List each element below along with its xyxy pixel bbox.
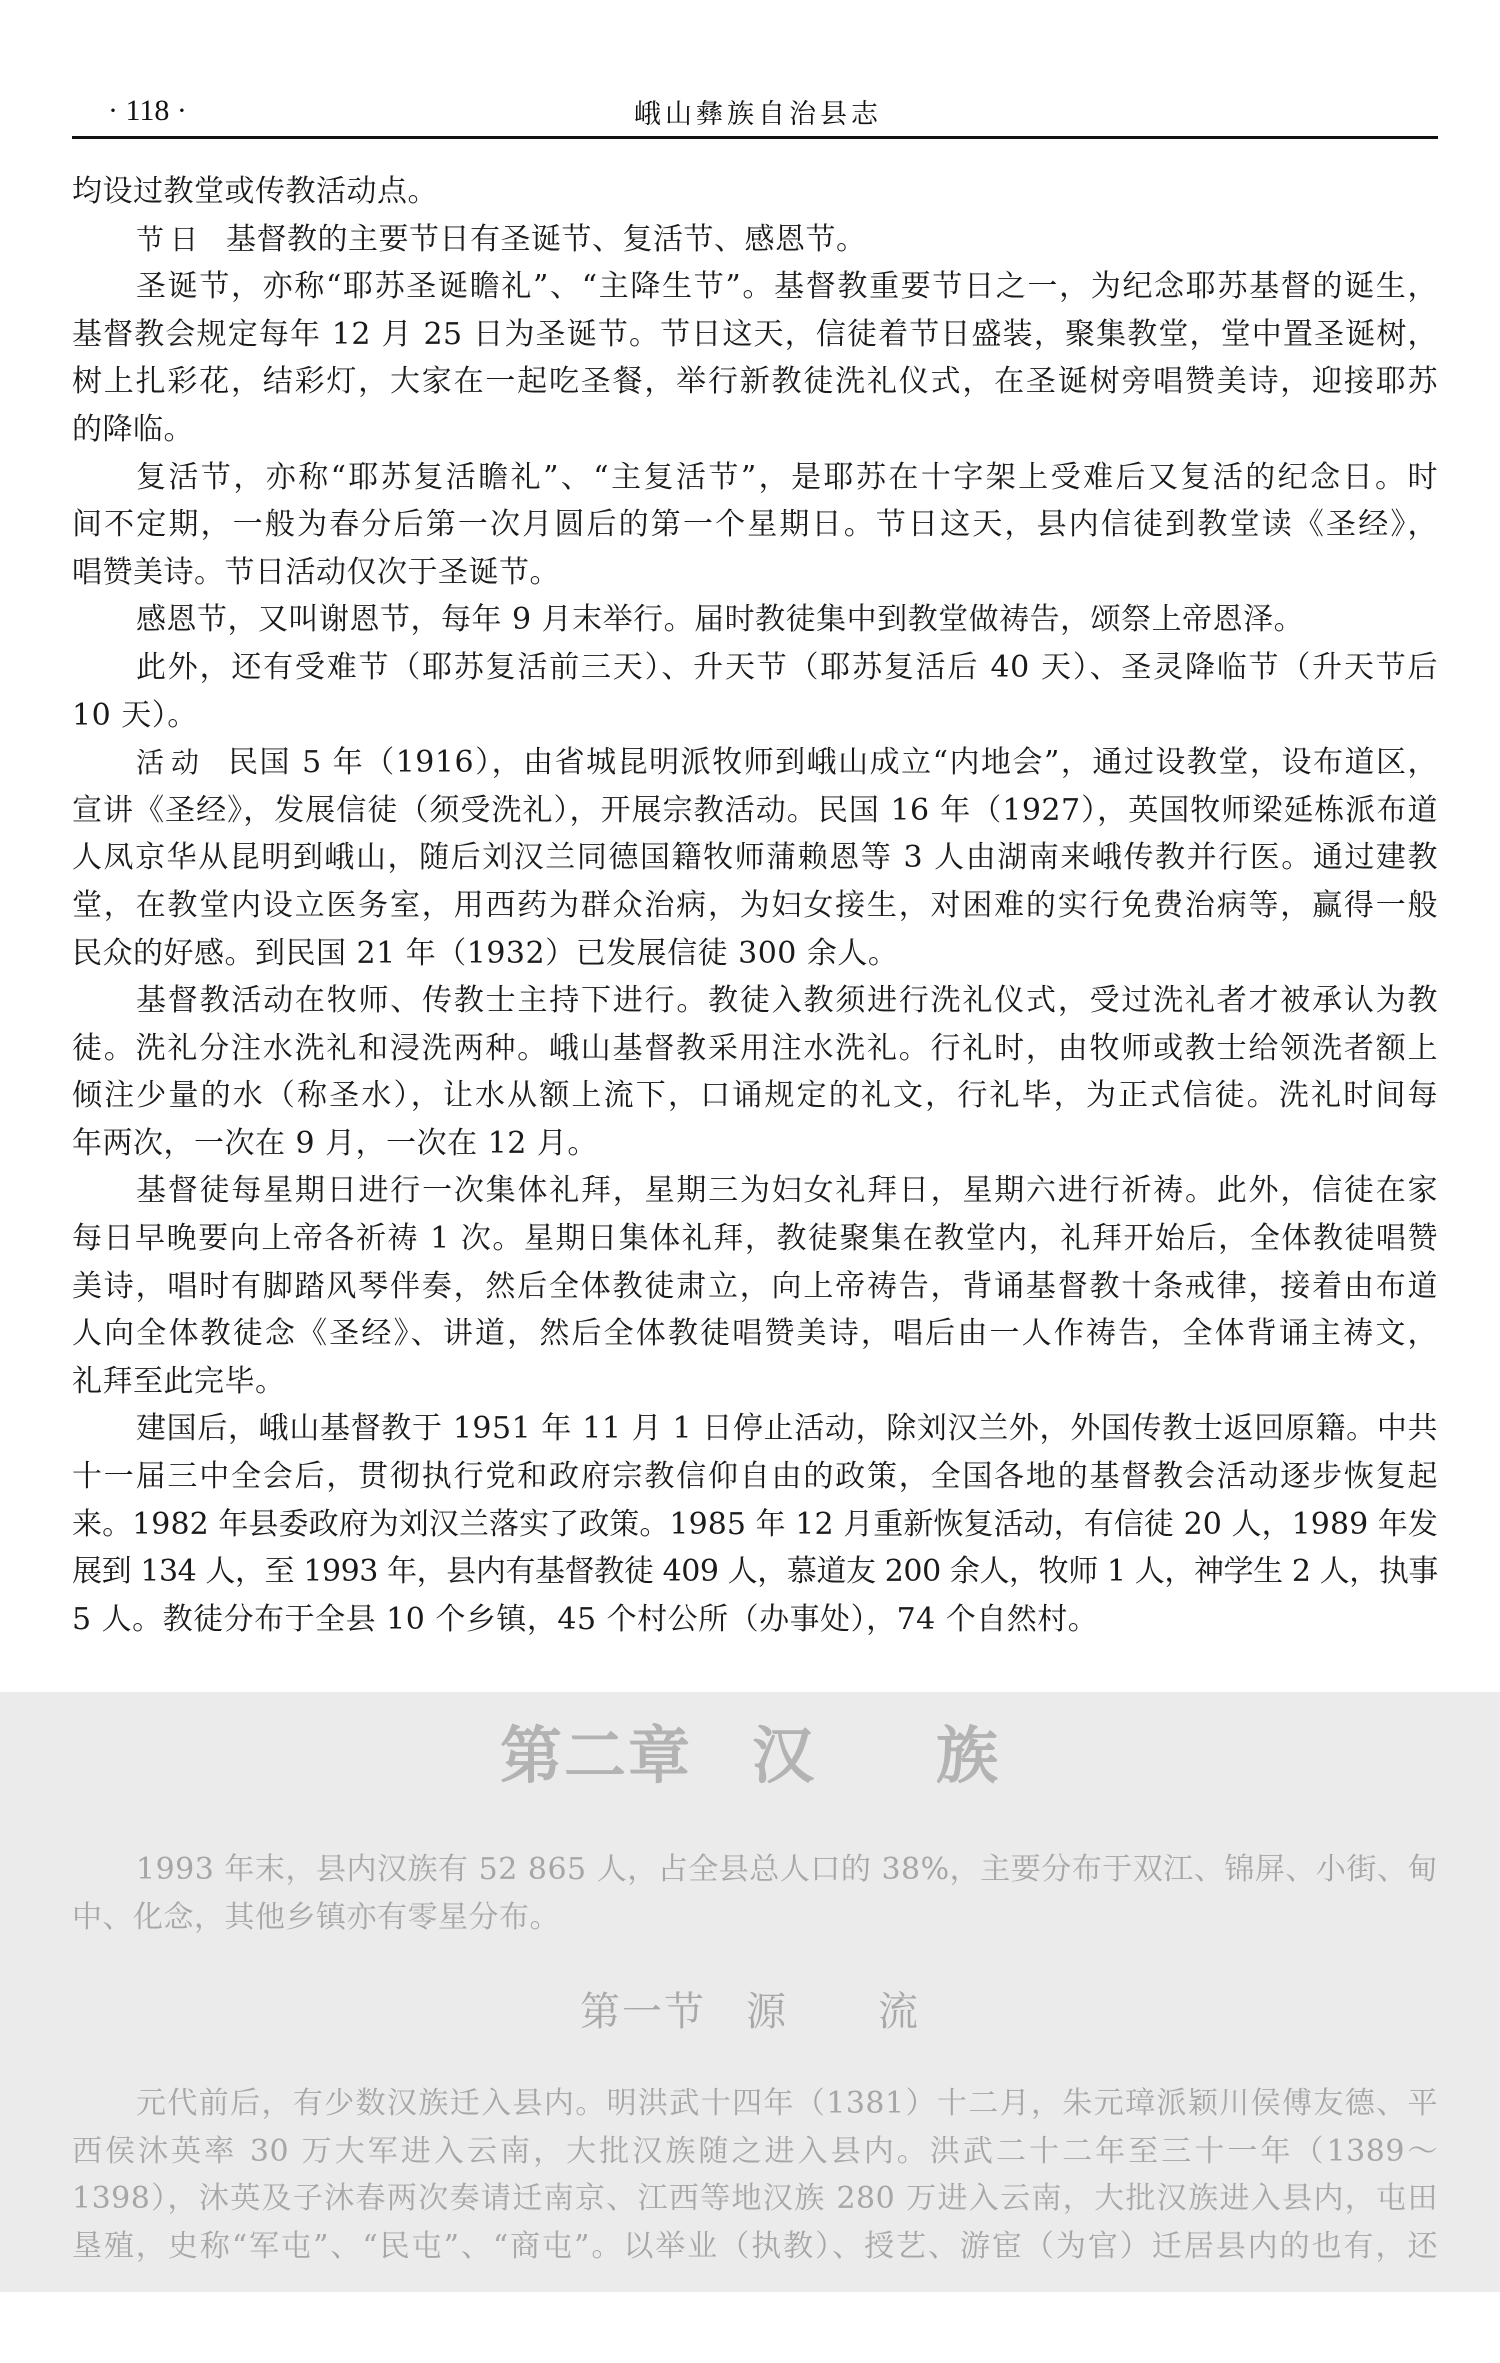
text-line: 复活节，亦称“耶苏复活瞻礼”、“主复活节”，是耶苏在十字架上受难后又复活的纪念日… xyxy=(72,454,1438,502)
section-name-1: 源 xyxy=(746,1989,788,2035)
text-line: 1993 年末，县内汉族有 52 865 人，占全县总人口的 38%，主要分布于… xyxy=(72,1846,1438,1894)
text-line: 10 天）。 xyxy=(72,692,1438,740)
header-rule xyxy=(72,136,1438,139)
text-line: 来。1982 年县委政府为刘汉兰落实了政策。1985 年 12 月重新恢复活动，… xyxy=(72,1501,1438,1549)
text-line: 圣诞节，亦称“耶苏圣诞瞻礼”、“主降生节”。基督教重要节日之一，为纪念耶苏基督的… xyxy=(72,263,1438,311)
text-line: 间不定期，一般为春分后第一次月圆后的第一个星期日。节日这天，县内信徒到教堂读《圣… xyxy=(72,501,1438,549)
page-number: · 118 · xyxy=(108,94,187,128)
text-line: 感恩节，又叫谢恩节，每年 9 月末举行。届时教徒集中到教堂做祷告，颂祭上帝恩泽。 xyxy=(72,596,1438,644)
line-text: 西侯沐英率 30 万大军进入云南，大批汉族随之进入县内。洪武二十二年至三十一年（… xyxy=(72,2134,1438,2169)
text-line: 元代前后，有少数汉族迁入县内。明洪武十四年（1381）十二月，朱元璋派颖川侯傅友… xyxy=(72,2080,1438,2128)
line-text: 树上扎彩花，结彩灯，大家在一起吃圣餐，举行新教徒洗礼仪式，在圣诞树旁唱赞美诗，迎… xyxy=(72,364,1438,399)
line-text: 倾注少量的水（称圣水），让水从额上流下，口诵规定的礼文，行礼毕，为正式信徒。洗礼… xyxy=(72,1078,1438,1113)
section-label: 节日 xyxy=(136,223,204,256)
line-text: 1398），沐英及子沐春两次奏请迁南京、江西等地汉族 280 万进入云南，大批汉… xyxy=(72,2181,1438,2216)
text-line: 基督徒每星期日进行一次集体礼拜，星期三为妇女礼拜日，星期六进行祈祷。此外，信徒在… xyxy=(72,1167,1438,1215)
text-line: 西侯沐英率 30 万大军进入云南，大批汉族随之进入县内。洪武二十二年至三十一年（… xyxy=(72,2128,1438,2176)
text-line: 均设过教堂或传教活动点。 xyxy=(72,168,1438,216)
text-line: 展到 134 人，至 1993 年，县内有基督教徒 409 人，慕道友 200 … xyxy=(72,1548,1438,1596)
line-text: 复活节，亦称“耶苏复活瞻礼”、“主复活节”，是耶苏在十字架上受难后又复活的纪念日… xyxy=(136,460,1438,495)
line-text: 元代前后，有少数汉族迁入县内。明洪武十四年（1381）十二月，朱元璋派颖川侯傅友… xyxy=(136,2086,1438,2121)
text-line: 徒。洗礼分注水洗礼和浸洗两种。峨山基督教采用注水洗礼。行礼时，由牧师或教士给领洗… xyxy=(72,1025,1438,1073)
line-text: 基督徒每星期日进行一次集体礼拜，星期三为妇女礼拜日，星期六进行祈祷。此外，信徒在… xyxy=(136,1173,1438,1208)
section-title: 第一节源流 xyxy=(0,1980,1500,2037)
line-text: 10 天）。 xyxy=(72,698,198,733)
chapter-title: 第二章汉族 xyxy=(0,1706,1500,1795)
line-text: 1993 年末，县内汉族有 52 865 人，占全县总人口的 38%，主要分布于… xyxy=(136,1852,1438,1887)
chapter-intro: 1993 年末，县内汉族有 52 865 人，占全县总人口的 38%，主要分布于… xyxy=(72,1846,1438,1941)
text-line: 活动民国 5 年（1916），由省城昆明派牧师到峨山成立“内地会”，通过设教堂，… xyxy=(72,739,1438,787)
text-line: 中、化念，其他乡镇亦有零星分布。 xyxy=(72,1894,1438,1942)
line-text: 美诗，唱时有脚踏风琴伴奏，然后全体教徒肃立，向上帝祷告，背诵基督教十条戒律，接着… xyxy=(72,1269,1438,1304)
text-line: 1398），沐英及子沐春两次奏请迁南京、江西等地汉族 280 万进入云南，大批汉… xyxy=(72,2175,1438,2223)
line-text: 均设过教堂或传教活动点。 xyxy=(72,174,438,209)
text-line: 基督教会规定每年 12 月 25 日为圣诞节。节日这天，信徒着节日盛装，聚集教堂… xyxy=(72,311,1438,359)
line-text: 宣讲《圣经》，发展信徒（须受洗礼），开展宗教活动。民国 16 年（1927），英… xyxy=(72,793,1438,828)
section-name-2: 流 xyxy=(878,1989,920,2035)
chapter-name-2: 族 xyxy=(936,1719,1000,1792)
chapter-number: 第二章 xyxy=(500,1719,692,1792)
line-text: 堂，在教堂内设立医务室，用西药为群众治病，为妇女接生，对困难的实行免费治病等，赢… xyxy=(72,888,1438,923)
text-line: 民众的好感。到民国 21 年（1932）已发展信徒 300 余人。 xyxy=(72,930,1438,978)
line-text: 十一届三中全会后，贯彻执行党和政府宗教信仰自由的政策，全国各地的基督教会活动逐步… xyxy=(72,1459,1438,1494)
line-text: 民国 5 年（1916），由省城昆明派牧师到峨山成立“内地会”，通过设教堂，设布… xyxy=(228,745,1438,780)
line-text: 5 人。教徒分布于全县 10 个乡镇，45 个村公所（办事处），74 个自然村。 xyxy=(72,1602,1098,1637)
text-line: 十一届三中全会后，贯彻执行党和政府宗教信仰自由的政策，全国各地的基督教会活动逐步… xyxy=(72,1453,1438,1501)
running-title: 峨山彝族自治县志 xyxy=(632,92,884,131)
text-line: 人凤京华从昆明到峨山，随后刘汉兰同德国籍牧师蒲赖恩等 3 人由湖南来峨传教并行医… xyxy=(72,834,1438,882)
line-text: 建国后，峨山基督教于 1951 年 11 月 1 日停止活动，除刘汉兰外，外国传… xyxy=(136,1411,1438,1446)
line-text: 人凤京华从昆明到峨山，随后刘汉兰同德国籍牧师蒲赖恩等 3 人由湖南来峨传教并行医… xyxy=(72,840,1438,875)
section-number: 第一节 xyxy=(580,1989,706,2035)
text-line: 节日基督教的主要节日有圣诞节、复活节、感恩节。 xyxy=(72,216,1438,264)
line-text: 年两次，一次在 9 月，一次在 12 月。 xyxy=(72,1126,598,1161)
line-text: 基督教活动在牧师、传教士主持下进行。教徒入教须进行洗礼仪式，受过洗礼者才被承认为… xyxy=(136,983,1438,1018)
line-text: 徒。洗礼分注水洗礼和浸洗两种。峨山基督教采用注水洗礼。行礼时，由牧师或教士给领洗… xyxy=(72,1031,1438,1066)
text-line: 年两次，一次在 9 月，一次在 12 月。 xyxy=(72,1120,1438,1168)
section-body: 元代前后，有少数汉族迁入县内。明洪武十四年（1381）十二月，朱元璋派颖川侯傅友… xyxy=(72,2080,1438,2270)
line-text: 中、化念，其他乡镇亦有零星分布。 xyxy=(72,1900,560,1935)
text-line: 垦殖，史称“军屯”、“民屯”、“商屯”。以举业（执教）、授艺、游宦（为官）迁居县… xyxy=(72,2223,1438,2271)
text-line: 唱赞美诗。节日活动仅次于圣诞节。 xyxy=(72,549,1438,597)
text-line: 此外，还有受难节（耶苏复活前三天）、升天节（耶苏复活后 40 天）、圣灵降临节（… xyxy=(72,644,1438,692)
body-text: 均设过教堂或传教活动点。节日基督教的主要节日有圣诞节、复活节、感恩节。圣诞节，亦… xyxy=(72,168,1438,1643)
line-text: 唱赞美诗。节日活动仅次于圣诞节。 xyxy=(72,555,560,590)
line-text: 圣诞节，亦称“耶苏圣诞瞻礼”、“主降生节”。基督教重要节日之一，为纪念耶苏基督的… xyxy=(136,269,1438,304)
line-text: 的降临。 xyxy=(72,412,194,447)
text-line: 宣讲《圣经》，发展信徒（须受洗礼），开展宗教活动。民国 16 年（1927），英… xyxy=(72,787,1438,835)
text-line: 美诗，唱时有脚踏风琴伴奏，然后全体教徒肃立，向上帝祷告，背诵基督教十条戒律，接着… xyxy=(72,1263,1438,1311)
text-line: 的降临。 xyxy=(72,406,1438,454)
line-text: 展到 134 人，至 1993 年，县内有基督教徒 409 人，慕道友 200 … xyxy=(72,1554,1438,1589)
line-text: 每日早晚要向上帝各祈祷 1 次。星期日集体礼拜，教徒聚集在教堂内，礼拜开始后，全… xyxy=(72,1221,1438,1256)
text-line: 倾注少量的水（称圣水），让水从额上流下，口诵规定的礼文，行礼毕，为正式信徒。洗礼… xyxy=(72,1072,1438,1120)
line-text: 礼拜至此完毕。 xyxy=(72,1364,286,1399)
line-text: 感恩节，又叫谢恩节，每年 9 月末举行。届时教徒集中到教堂做祷告，颂祭上帝恩泽。 xyxy=(136,602,1304,637)
line-text: 基督教的主要节日有圣诞节、复活节、感恩节。 xyxy=(226,222,867,257)
line-text: 来。1982 年县委政府为刘汉兰落实了政策。1985 年 12 月重新恢复活动，… xyxy=(72,1507,1438,1542)
text-line: 基督教活动在牧师、传教士主持下进行。教徒入教须进行洗礼仪式，受过洗礼者才被承认为… xyxy=(72,977,1438,1025)
line-text: 垦殖，史称“军屯”、“民屯”、“商屯”。以举业（执教）、授艺、游宦（为官）迁居县… xyxy=(72,2229,1438,2264)
text-line: 人向全体教徒念《圣经》、讲道，然后全体教徒唱赞美诗，唱后由一人作祷告，全体背诵主… xyxy=(72,1310,1438,1358)
text-line: 礼拜至此完毕。 xyxy=(72,1358,1438,1406)
page-header: · 118 · 峨山彝族自治县志 xyxy=(72,82,1438,136)
line-text: 人向全体教徒念《圣经》、讲道，然后全体教徒唱赞美诗，唱后由一人作祷告，全体背诵主… xyxy=(72,1316,1438,1351)
line-text: 基督教会规定每年 12 月 25 日为圣诞节。节日这天，信徒着节日盛装，聚集教堂… xyxy=(72,317,1438,352)
text-line: 树上扎彩花，结彩灯，大家在一起吃圣餐，举行新教徒洗礼仪式，在圣诞树旁唱赞美诗，迎… xyxy=(72,358,1438,406)
text-line: 每日早晚要向上帝各祈祷 1 次。星期日集体礼拜，教徒聚集在教堂内，礼拜开始后，全… xyxy=(72,1215,1438,1263)
chapter-name-1: 汉 xyxy=(752,1719,816,1792)
text-line: 建国后，峨山基督教于 1951 年 11 月 1 日停止活动，除刘汉兰外，外国传… xyxy=(72,1405,1438,1453)
section-label: 活动 xyxy=(136,746,206,779)
line-text: 民众的好感。到民国 21 年（1932）已发展信徒 300 余人。 xyxy=(72,936,898,971)
text-line: 堂，在教堂内设立医务室，用西药为群众治病，为妇女接生，对困难的实行免费治病等，赢… xyxy=(72,882,1438,930)
line-text: 此外，还有受难节（耶苏复活前三天）、升天节（耶苏复活后 40 天）、圣灵降临节（… xyxy=(136,650,1438,685)
line-text: 间不定期，一般为春分后第一次月圆后的第一个星期日。节日这天，县内信徒到教堂读《圣… xyxy=(72,507,1438,542)
text-line: 5 人。教徒分布于全县 10 个乡镇，45 个村公所（办事处），74 个自然村。 xyxy=(72,1596,1438,1644)
